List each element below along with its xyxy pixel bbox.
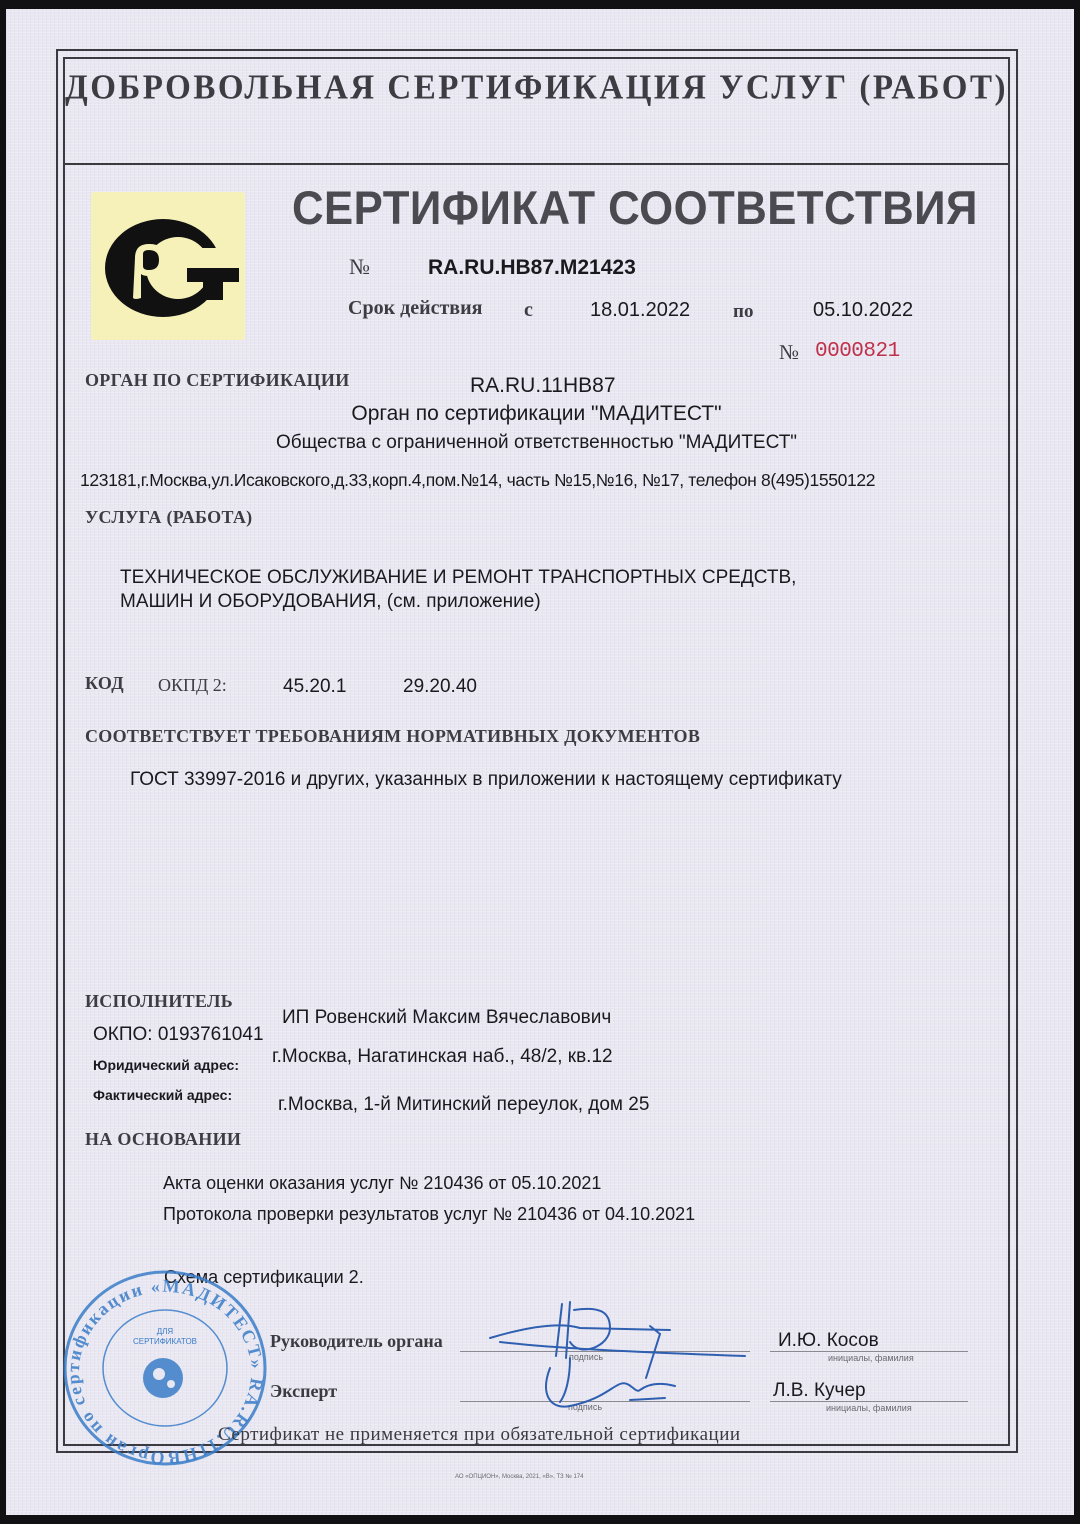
certification-body-company: Общества с ограниченной ответственностью… xyxy=(63,432,1010,454)
head-role-label: Руководитель органа xyxy=(270,1331,443,1352)
validity-from-date: 18.01.2022 xyxy=(590,299,690,322)
svg-text:ДЛЯ: ДЛЯ xyxy=(157,1327,174,1336)
basis-label: НА ОСНОВАНИИ xyxy=(85,1129,241,1150)
certification-body-code: RA.RU.11HB87 xyxy=(470,374,616,398)
blank-number: 0000821 xyxy=(815,340,900,363)
validity-label: Срок действия xyxy=(348,297,482,320)
okpd-code: 29.20.40 xyxy=(403,676,477,698)
service-description-line1: ТЕХНИЧЕСКОЕ ОБСЛУЖИВАНИЕ И РЕМОНТ ТРАНСП… xyxy=(120,567,796,589)
head-name-line xyxy=(770,1351,968,1352)
expert-role-label: Эксперт xyxy=(270,1381,337,1402)
okpd-code: 45.20.1 xyxy=(283,676,346,698)
legal-address: г.Москва, Нагатинская наб., 48/2, кв.12 xyxy=(272,1046,613,1068)
conformity-label: СООТВЕТСТВУЕТ ТРЕБОВАНИЯМ НОРМАТИВНЫХ ДО… xyxy=(85,726,700,747)
main-title: СЕРТИФИКАТ СООТВЕТСТВИЯ xyxy=(292,180,978,235)
service-description-line2: МАШИН И ОБОРУДОВАНИЯ, (см. приложение) xyxy=(120,591,541,613)
executor-name: ИП Ровенский Максим Вячеславович xyxy=(282,1007,611,1029)
executor-label: ИСПОЛНИТЕЛЬ xyxy=(85,991,233,1012)
certificate-number: RA.RU.HB87.M21423 xyxy=(428,256,636,280)
okpd-label: ОКПД 2: xyxy=(158,675,227,696)
head-name: И.Ю. Косов xyxy=(778,1330,879,1352)
certification-body-label: ОРГАН ПО СЕРТИФИКАЦИИ xyxy=(85,370,350,391)
conformity-standards: ГОСТ 33997-2016 и других, указанных в пр… xyxy=(130,769,842,791)
basis-item: Акта оценки оказания услуг № 210436 от 0… xyxy=(163,1173,601,1194)
number-sign: № xyxy=(349,254,370,280)
certification-body-address: 123181,г.Москва,ул.Исаковского,д.33,корп… xyxy=(80,470,875,491)
rst-logo-icon xyxy=(91,192,245,340)
certification-body-name: Орган по сертификации "МАДИТЕСТ" xyxy=(63,402,1010,426)
top-title: ДОБРОВОЛЬНАЯ СЕРТИФИКАЦИЯ УСЛУГ (РАБОТ) xyxy=(63,69,1010,108)
actual-address: г.Москва, 1-й Митинский переулок, дом 25 xyxy=(278,1094,649,1116)
executor-okpo: ОКПО: 0193761041 xyxy=(93,1024,264,1046)
basis-item: Протокола проверки результатов услуг № 2… xyxy=(163,1204,695,1225)
handwritten-signatures xyxy=(470,1298,760,1418)
head-name-caption: инициалы, фамилия xyxy=(828,1353,914,1363)
validity-to-label: по xyxy=(733,301,753,323)
blank-number-sign: № xyxy=(779,340,799,365)
code-label: КОД xyxy=(85,673,124,694)
header-divider xyxy=(63,163,1010,165)
footer-note: Сертификат не применяется при обязательн… xyxy=(218,1424,741,1446)
printer-imprint: АО «ОПЦИОН», Москва, 2021, «В», ТЗ № 174 xyxy=(455,1474,583,1480)
validity-from-label: с xyxy=(524,299,533,322)
expert-name-caption: инициалы, фамилия xyxy=(826,1403,912,1413)
actual-address-label: Фактический адрес: xyxy=(93,1087,232,1103)
legal-address-label: Юридический адрес: xyxy=(93,1057,239,1073)
svg-text:СЕРТИФИКАТОВ: СЕРТИФИКАТОВ xyxy=(133,1337,197,1346)
expert-name: Л.В. Кучер xyxy=(773,1380,866,1402)
validity-to-date: 05.10.2022 xyxy=(813,299,913,322)
service-label: УСЛУГА (РАБОТА) xyxy=(85,507,252,528)
expert-name-line xyxy=(770,1401,968,1402)
